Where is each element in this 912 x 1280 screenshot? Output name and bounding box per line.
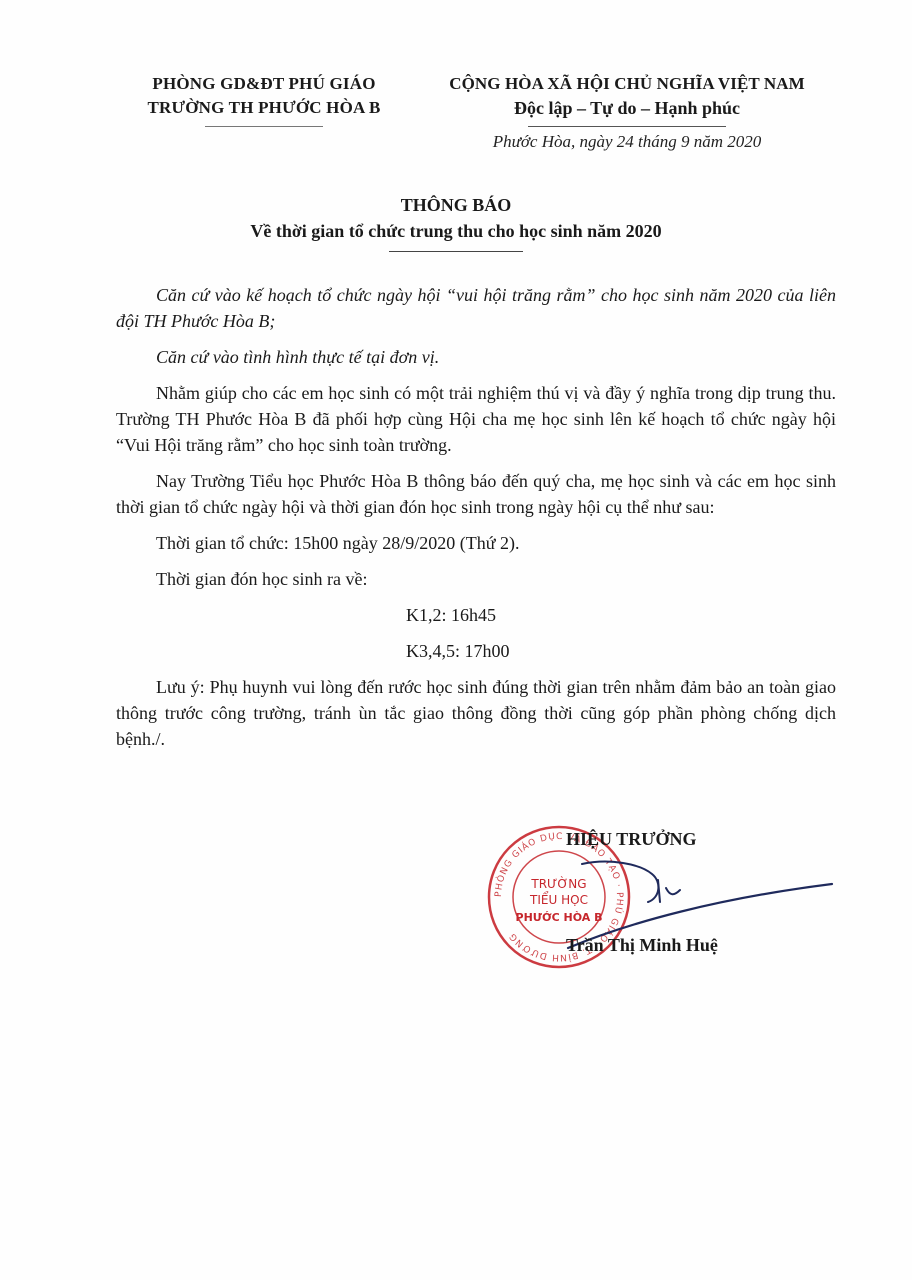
- legal-basis-1: Căn cứ vào kế hoạch tổ chức ngày hội “vu…: [116, 282, 836, 334]
- authority-department: PHÒNG GD&ĐT PHÚ GIÁO: [118, 72, 410, 96]
- pickup-time-k12: K1,2: 16h45: [116, 602, 836, 628]
- document-body: Căn cứ vào kế hoạch tổ chức ngày hội “vu…: [116, 282, 836, 762]
- title-underline: [389, 251, 523, 252]
- issuing-authority: PHÒNG GD&ĐT PHÚ GIÁO TRƯỜNG TH PHƯỚC HÒA…: [118, 72, 410, 127]
- national-header: CỘNG HÒA XÃ HỘI CHỦ NGHĨA VIỆT NAM Độc l…: [412, 72, 842, 127]
- pickup-label: Thời gian đón học sinh ra về:: [116, 566, 836, 592]
- authority-school: TRƯỜNG TH PHƯỚC HÒA B: [118, 96, 410, 120]
- motto-underline: [528, 126, 726, 127]
- event-time: Thời gian tổ chức: 15h00 ngày 28/9/2020 …: [116, 530, 836, 556]
- document-title-block: THÔNG BÁO Về thời gian tổ chức trung thu…: [0, 192, 912, 252]
- legal-basis-2: Căn cứ vào tình hình thực tế tại đơn vị.: [116, 344, 836, 370]
- nation-name: CỘNG HÒA XÃ HỘI CHỦ NGHĨA VIỆT NAM: [412, 72, 842, 96]
- document-subtitle: Về thời gian tổ chức trung thu cho học s…: [0, 218, 912, 244]
- announcement-paragraph: Nay Trường Tiểu học Phước Hòa B thông bá…: [116, 468, 836, 520]
- purpose-paragraph: Nhằm giúp cho các em học sinh có một trả…: [116, 380, 836, 458]
- place-date: Phước Hòa, ngày 24 tháng 9 năm 2020: [412, 130, 842, 154]
- national-motto: Độc lập – Tự do – Hạnh phúc: [412, 96, 842, 120]
- document-title: THÔNG BÁO: [0, 192, 912, 218]
- signatory-name: Trần Thị Minh Huệ: [566, 932, 718, 958]
- pickup-time-k345: K3,4,5: 17h00: [116, 638, 836, 664]
- note-paragraph: Lưu ý: Phụ huynh vui lòng đến rước học s…: [116, 674, 836, 752]
- authority-underline: [205, 126, 323, 127]
- document-page: PHÒNG GD&ĐT PHÚ GIÁO TRƯỜNG TH PHƯỚC HÒA…: [0, 0, 912, 1280]
